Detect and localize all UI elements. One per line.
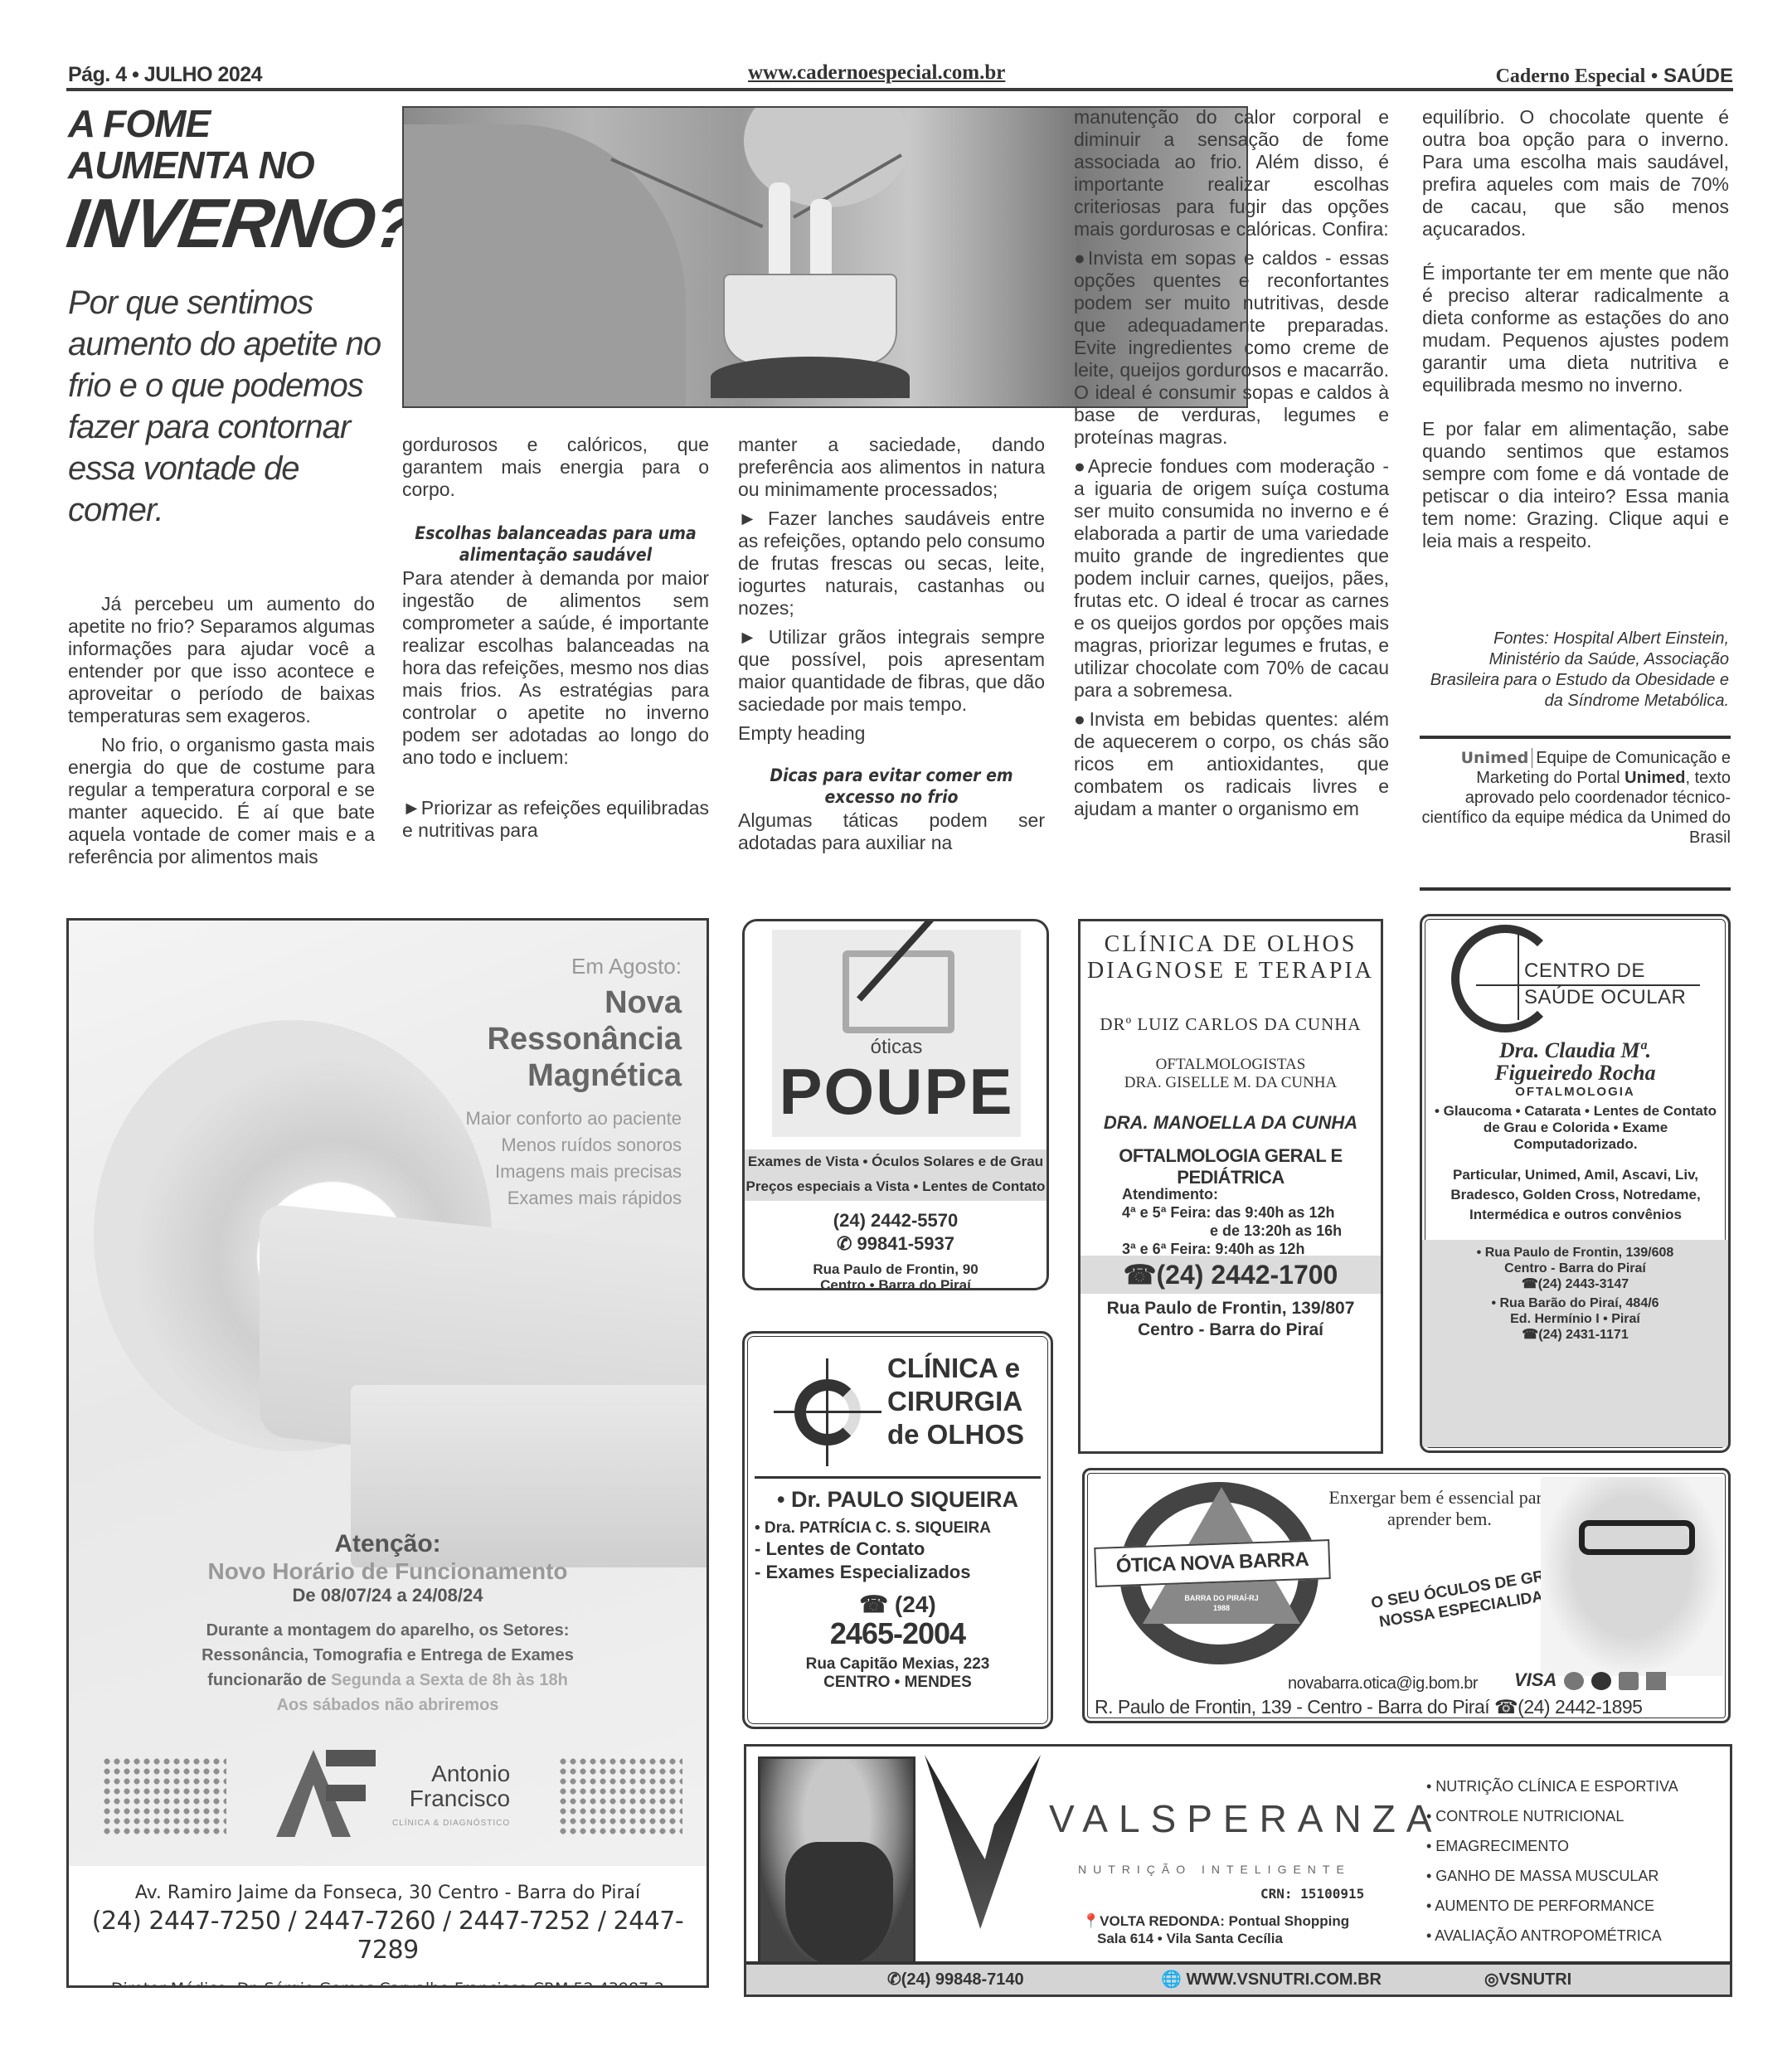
dot-pattern	[102, 1756, 226, 1836]
bullet-item: ●Invista em sopas e caldos - essas opçõe…	[1074, 247, 1389, 449]
title-line: DIAGNOSE E TERAPIA	[1081, 958, 1381, 984]
ad-antonio-francisco[interactable]: Em Agosto: Nova Ressonância Magnética Ma…	[66, 918, 709, 1988]
address-block: • Rua Barão do Piraí, 484/6 Ed. Hermínio…	[1422, 1295, 1728, 1343]
hours-notice: Atenção: Novo Horário de Funcionamento D…	[69, 1530, 707, 1718]
headline: A FOME AUMENTA NO INVERNO?	[68, 103, 367, 260]
notice-line: Ressonância, Tomografia e Entrega de Exa…	[69, 1643, 707, 1668]
service-item: • AUMENTO DE PERFORMANCE	[1426, 1891, 1678, 1921]
article-credit: UnimedEquipe de Comunicação e Marketing …	[1420, 748, 1731, 848]
title-line: CLÍNICA DE OLHOS	[1081, 931, 1381, 958]
notice-title: Atenção:	[69, 1530, 707, 1558]
benefit-item: Menos ruídos sonoros	[466, 1132, 682, 1159]
location: 📍VOLTA REDONDA: Pontual Shopping Sala 61…	[1082, 1912, 1349, 1947]
doctor-line: Dra. Claudia Mª.	[1422, 1039, 1728, 1062]
brand-line: SAÚDE OCULAR	[1524, 984, 1686, 1011]
service-line: Preços especiais a Vista • Lentes de Con…	[745, 1174, 1047, 1199]
paragraph: Já percebeu um aumento do apetite no fri…	[68, 593, 375, 727]
unimed-logo: Unimed	[1461, 748, 1533, 768]
phone-area: ☎ (24)	[755, 1592, 1041, 1617]
address-line: Rua Paulo de Frontin, 90	[745, 1261, 1047, 1277]
cso-brand: CENTRO DE SAÚDE OCULAR	[1524, 958, 1686, 1011]
brand-name: POUPE	[772, 1056, 1021, 1127]
mri-machine-image	[94, 1020, 492, 1484]
address-line: Centro • Barra do Piraí	[745, 1277, 1047, 1290]
whatsapp[interactable]: ✆ 99841-5937	[745, 1232, 1047, 1256]
visa-icon: VISA	[1514, 1669, 1556, 1690]
address: Rua Paulo de Frontin, 90 Centro • Barra …	[745, 1261, 1047, 1290]
af-brand-name: Antonio Francisco CLÍNICA & DIAGNÓSTICO	[392, 1761, 510, 1836]
divider	[755, 1476, 1041, 1479]
hiper-icon	[1619, 1672, 1639, 1690]
notice-line: Durante a montagem do aparelho, os Setor…	[69, 1618, 707, 1643]
title-line: CIRURGIA	[887, 1385, 1024, 1418]
specialty: OFTALMOLOGIA	[1422, 1085, 1728, 1099]
publication-name: Caderno Especial	[1496, 66, 1646, 87]
location-line: 📍VOLTA REDONDA: Pontual Shopping	[1082, 1912, 1349, 1930]
headline-line2: AUMENTA NO	[68, 144, 367, 186]
service: - Exames Especializados	[755, 1561, 1041, 1584]
nutritionist-photo	[758, 1756, 915, 1964]
notice-dates: De 08/07/24 a 24/08/24	[69, 1585, 707, 1606]
address: Av. Ramiro Jaime da Fonseca, 30 Centro -…	[69, 1883, 707, 1903]
subheading: Escolhas balanceadas para uma alimentaçã…	[402, 522, 709, 566]
af-logo-e-icon	[326, 1750, 376, 1837]
notice-text: funcionarão de	[207, 1671, 331, 1689]
doctor: DRA. GISELLE M. DA CUNHA	[1081, 1074, 1381, 1092]
subheading: Dicas para evitar comer em excesso no fr…	[738, 765, 1045, 808]
paragraph[interactable]: E por falar em alimentação, sabe quando …	[1422, 418, 1729, 552]
brand-sub: CLÍNICA & DIAGNÓSTICO	[392, 1811, 510, 1836]
phone[interactable]: ☎(24) 2443-3147	[1522, 1277, 1629, 1291]
phone[interactable]: (24) 2442-5570	[745, 1209, 1047, 1232]
instagram-handle[interactable]: ◎VSNUTRI	[1484, 1965, 1571, 1995]
brand-sub-line: BARRA DO PIRAÍ-RJ	[1168, 1593, 1275, 1603]
brand-name: VALSPERANZA	[1049, 1796, 1442, 1841]
brand-name: ÓTICA NOVA BARRA	[1094, 1539, 1331, 1587]
director-info: Diretor Médico: Dr. Sérgio Gomes Carvalh…	[69, 1980, 707, 1988]
article-column-5: equilíbrio. O chocolate quente é outra b…	[1422, 106, 1729, 559]
notice-subtitle: Novo Horário de Funcionamento	[69, 1558, 707, 1585]
clinic-title: CLÍNICA DE OLHOS DIAGNOSE E TERAPIA	[1081, 931, 1381, 984]
article-column-2: gordurosos e calóricos, que garantem mai…	[402, 434, 709, 848]
brand-line: Antonio	[392, 1761, 510, 1786]
services-list: • NUTRIÇÃO CLÍNICA E ESPORTIVA • CONTROL…	[1426, 1771, 1678, 1951]
address-line: Ed. Hermínio I • Piraí	[1510, 1312, 1640, 1326]
service: - Lentes de Contato	[755, 1538, 1041, 1561]
article-column-4: manutenção do calor corporal e diminuir …	[1074, 106, 1389, 827]
phone[interactable]: 2465-2004	[755, 1617, 1041, 1650]
paragraph: manter a saciedade, dando preferência ao…	[738, 434, 1045, 501]
photo-arm	[404, 124, 686, 408]
announcement-label: Em Agosto:	[466, 954, 682, 979]
amex-icon	[1646, 1672, 1666, 1690]
clinic-details: • Dr. PAULO SIQUEIRA • Dra. PATRÍCIA C. …	[755, 1487, 1041, 1692]
af-contact: Av. Ramiro Jaime da Fonseca, 30 Centro -…	[69, 1866, 707, 1988]
title-line: Nova	[466, 984, 682, 1021]
address-line: CENTRO • MENDES	[755, 1674, 1041, 1692]
title-line: Magnética	[466, 1057, 682, 1094]
crn: CRN: 15100915	[1260, 1886, 1364, 1902]
oftalmologistas: OFTALMOLOGISTAS DRA. GISELLE M. DA CUNHA	[1081, 1056, 1381, 1092]
email[interactable]: novabarra.otica@ig.bom.br	[1288, 1674, 1478, 1693]
benefit-item: Maior conforto ao paciente	[466, 1105, 682, 1132]
address-line: Rua Paulo de Frontin, 139/807	[1081, 1298, 1381, 1319]
services: • Glaucoma • Catarata • Lentes de Contat…	[1430, 1103, 1721, 1153]
brand-line: CENTRO DE	[1524, 958, 1686, 984]
address: R. Paulo de Frontin, 139 - Centro - Barr…	[1095, 1696, 1642, 1718]
section-name: SAÚDE	[1663, 65, 1733, 87]
article-sources: Fontes: Hospital Albert Einstein, Minist…	[1422, 629, 1729, 712]
headline-line1: A FOME	[68, 103, 367, 144]
mastercard-icon	[1564, 1672, 1584, 1690]
bullet-item: ●Invista em bebidas quentes: além de aqu…	[1074, 708, 1389, 820]
af-logo-row: Antonio Francisco CLÍNICA & DIAGNÓSTICO	[69, 1750, 707, 1841]
notice-line: funcionarão de Segunda a Sexta de 8h às …	[69, 1668, 707, 1693]
article-column-3: manter a saciedade, dando preferência ao…	[738, 434, 1045, 861]
phones: (24) 2442-5570 ✆ 99841-5937	[745, 1209, 1047, 1256]
paragraph: gordurosos e calóricos, que garantem mai…	[402, 434, 709, 501]
ad-valsperanza[interactable]: VALSPERANZA NUTRIÇÃO INTELIGENTE CRN: 15…	[744, 1744, 1732, 1997]
ad-centro-saude-ocular[interactable]: CENTRO DE SAÚDE OCULAR Dra. Claudia Mª. …	[1420, 914, 1731, 1453]
cso-logo: CENTRO DE SAÚDE OCULAR	[1451, 925, 1700, 1032]
page-date: Pág. 4 • JULHO 2024	[68, 63, 262, 87]
bullet-item: ►Priorizar as refeições equilibradas e n…	[402, 797, 709, 842]
glasses-frame-icon	[843, 950, 954, 1033]
phone-numbers[interactable]: (24) 2447-7250 / 2447-7260 / 2447-7252 /…	[69, 1907, 707, 1965]
dot-pattern	[558, 1756, 682, 1836]
photo-cheese	[769, 182, 790, 282]
title-line: CLÍNICA e	[887, 1352, 1024, 1385]
ad-oticas-poupe[interactable]: óticas POUPE Exames de Vista • Óculos So…	[742, 919, 1049, 1290]
vs-logo-icon	[925, 1755, 1041, 1929]
doctor: DRº LUIZ CARLOS DA CUNHA	[1081, 1014, 1381, 1035]
slogan: Enxergar bem é essencial para aprender b…	[1315, 1487, 1564, 1530]
doctor: DRA. MANOELLA DA CUNHA	[1081, 1112, 1381, 1134]
address-block: • Rua Paulo de Frontin, 139/608 Centro -…	[1422, 1245, 1728, 1292]
benefit-item: Exames mais rápidos	[466, 1185, 682, 1212]
hours-line: e de 13:20h as 16h	[1122, 1222, 1342, 1240]
bullet-item: ► Fazer lanches saudáveis entre as refei…	[738, 508, 1045, 619]
poupe-logo: óticas POUPE	[772, 930, 1021, 1137]
address-line: Centro - Barra do Piraí	[1081, 1319, 1381, 1341]
brand-sub-line: 1988	[1168, 1603, 1275, 1613]
doctor: • Dra. PATRÍCIA C. S. SIQUEIRA	[755, 1519, 1041, 1538]
headline-line3: INVERNO?	[63, 186, 372, 260]
benefit-item: Imagens mais precisas	[466, 1159, 682, 1185]
crosshair-line	[1518, 929, 1519, 1020]
photo-stand	[711, 357, 910, 398]
divider	[1420, 887, 1731, 891]
service-item: • CONTROLE NUTRICIONAL	[1426, 1801, 1678, 1831]
service-item: • NUTRIÇÃO CLÍNICA E ESPORTIVA	[1426, 1771, 1678, 1801]
photo-fondue-pot	[723, 274, 897, 365]
brand-line: Francisco	[392, 1786, 510, 1811]
bullet-item: ► Utilizar grãos integrais sempre que po…	[738, 626, 1045, 716]
mri-announcement: Em Agosto: Nova Ressonância Magnética Ma…	[466, 954, 682, 1212]
notice-line: Aos sábados não abriremos	[69, 1693, 707, 1718]
paragraph: No frio, o organismo gasta mais energia …	[68, 734, 375, 868]
address-line: • Rua Barão do Piraí, 484/6	[1491, 1296, 1658, 1310]
service-item: • EMAGRECIMENTO	[1426, 1831, 1678, 1861]
service-item: • AVALIAÇÃO ANTROPOMÉTRICA	[1426, 1921, 1678, 1951]
paragraph: manutenção do calor corporal e diminuir …	[1074, 106, 1389, 241]
benefits-list: Maior conforto ao paciente Menos ruídos …	[466, 1105, 682, 1212]
glasses-icon	[1579, 1520, 1695, 1555]
website-link[interactable]: 🌐 WWW.VSNUTRI.COM.BR	[1161, 1965, 1382, 1995]
credit-brand: Unimed	[1624, 769, 1685, 787]
divider	[1420, 736, 1731, 739]
hours-line: 4ª e 5ª Feira: das 9:40h as 12h	[1122, 1203, 1342, 1222]
header-rule	[66, 88, 1733, 91]
announcement-title: Nova Ressonância Magnética	[466, 984, 682, 1094]
address: Rua Capitão Mexias, 223 CENTRO • MENDES	[755, 1655, 1041, 1692]
paragraph: É importante ter em mente que não é prec…	[1422, 262, 1729, 396]
paragraph: equilíbrio. O chocolate quente é outra b…	[1422, 106, 1729, 241]
ad-clinica-diagnose-terapia[interactable]: CLÍNICA DE OLHOS DIAGNOSE E TERAPIA DRº …	[1078, 919, 1383, 1454]
doctor: Dra. Claudia Mª. Figueiredo Rocha	[1422, 1039, 1728, 1084]
website-link[interactable]: www.cadernoespecial.com.br	[748, 61, 1005, 85]
elo-icon	[1591, 1672, 1611, 1690]
service-line: Exames de Vista • Óculos Solares e de Gr…	[745, 1149, 1047, 1174]
ad-clinica-cirurgia-olhos[interactable]: CLÍNICA e CIRURGIA de OLHOS • Dr. PAULO …	[742, 1331, 1053, 1729]
empty-heading: Empty heading	[738, 722, 1045, 745]
address-line: Centro - Barra do Piraí	[1504, 1261, 1646, 1275]
separator: •	[1645, 65, 1663, 87]
bullet-item: ●Aprecie fondues com moderação - a iguar…	[1074, 455, 1389, 702]
ad-otica-nova-barra[interactable]: ÓTICA NOVA BARRA BARRA DO PIRAÍ-RJ 1988 …	[1082, 1468, 1731, 1723]
clinic-title: CLÍNICA e CIRURGIA de OLHOS	[887, 1352, 1024, 1451]
address: Rua Paulo de Frontin, 139/807 Centro - B…	[1081, 1298, 1381, 1341]
tagline: NUTRIÇÃO INTELIGENTE	[1078, 1863, 1351, 1876]
address-line: Rua Capitão Mexias, 223	[755, 1655, 1041, 1674]
whatsapp-contact[interactable]: ✆(24) 99848-7140	[887, 1965, 1024, 1995]
paragraph: Para atender à demanda por maior ingestã…	[402, 567, 709, 769]
service-item: • GANHO DE MASSA MUSCULAR	[1426, 1861, 1678, 1891]
photo-detail	[785, 1842, 893, 1966]
brand-sub: BARRA DO PIRAÍ-RJ 1988	[1168, 1593, 1275, 1613]
af-logo: Antonio Francisco CLÍNICA & DIAGNÓSTICO	[276, 1750, 525, 1841]
article-column-1: Já percebeu um aumento do apetite no fri…	[68, 593, 375, 875]
hours-label: Atendimento:	[1122, 1185, 1342, 1203]
article-deck: Por que sentimos aumento do apetite no f…	[68, 282, 383, 531]
contact-bar: ✆(24) 99848-7140 🌐 WWW.VSNUTRI.COM.BR ◎V…	[746, 1961, 1730, 1995]
phone[interactable]: ☎(24) 2431-1171	[1522, 1328, 1628, 1342]
services-band: Exames de Vista • Óculos Solares e de Gr…	[745, 1149, 1047, 1201]
title-line: de OLHOS	[887, 1418, 1024, 1451]
phone[interactable]: ☎(24) 2442-1700	[1081, 1256, 1381, 1294]
model-photo	[1541, 1477, 1723, 1676]
doctor-line: Figueiredo Rocha	[1422, 1062, 1728, 1084]
title-line: Ressonância	[466, 1021, 682, 1057]
location-line: Sala 614 • Vila Santa Cecília	[1082, 1930, 1349, 1947]
specialty: OFTALMOLOGIA GERAL E PEDIÁTRICA	[1081, 1145, 1381, 1188]
notice-hours: Segunda a Sexta de 8h às 18h	[331, 1671, 568, 1689]
addresses: • Rua Paulo de Frontin, 139/608 Centro -…	[1422, 1240, 1728, 1447]
notice-body: Durante a montagem do aparelho, os Setor…	[69, 1618, 707, 1718]
section-label: Caderno Especial • SAÚDE	[1496, 65, 1733, 88]
payment-cards: VISA	[1514, 1669, 1666, 1691]
paragraph: Algumas táticas podem ser adotadas para …	[738, 809, 1045, 854]
insurance-list: Particular, Unimed, Amil, Ascavi, Liv, B…	[1430, 1165, 1721, 1225]
doctor: • Dr. PAULO SIQUEIRA	[755, 1487, 1041, 1513]
address-line: • Rua Paulo de Frontin, 139/608	[1477, 1246, 1674, 1260]
crosshair-eye-icon	[774, 1358, 881, 1466]
label: OFTALMOLOGISTAS	[1081, 1056, 1381, 1074]
hours: Atendimento: 4ª e 5ª Feira: das 9:40h as…	[1122, 1185, 1342, 1258]
